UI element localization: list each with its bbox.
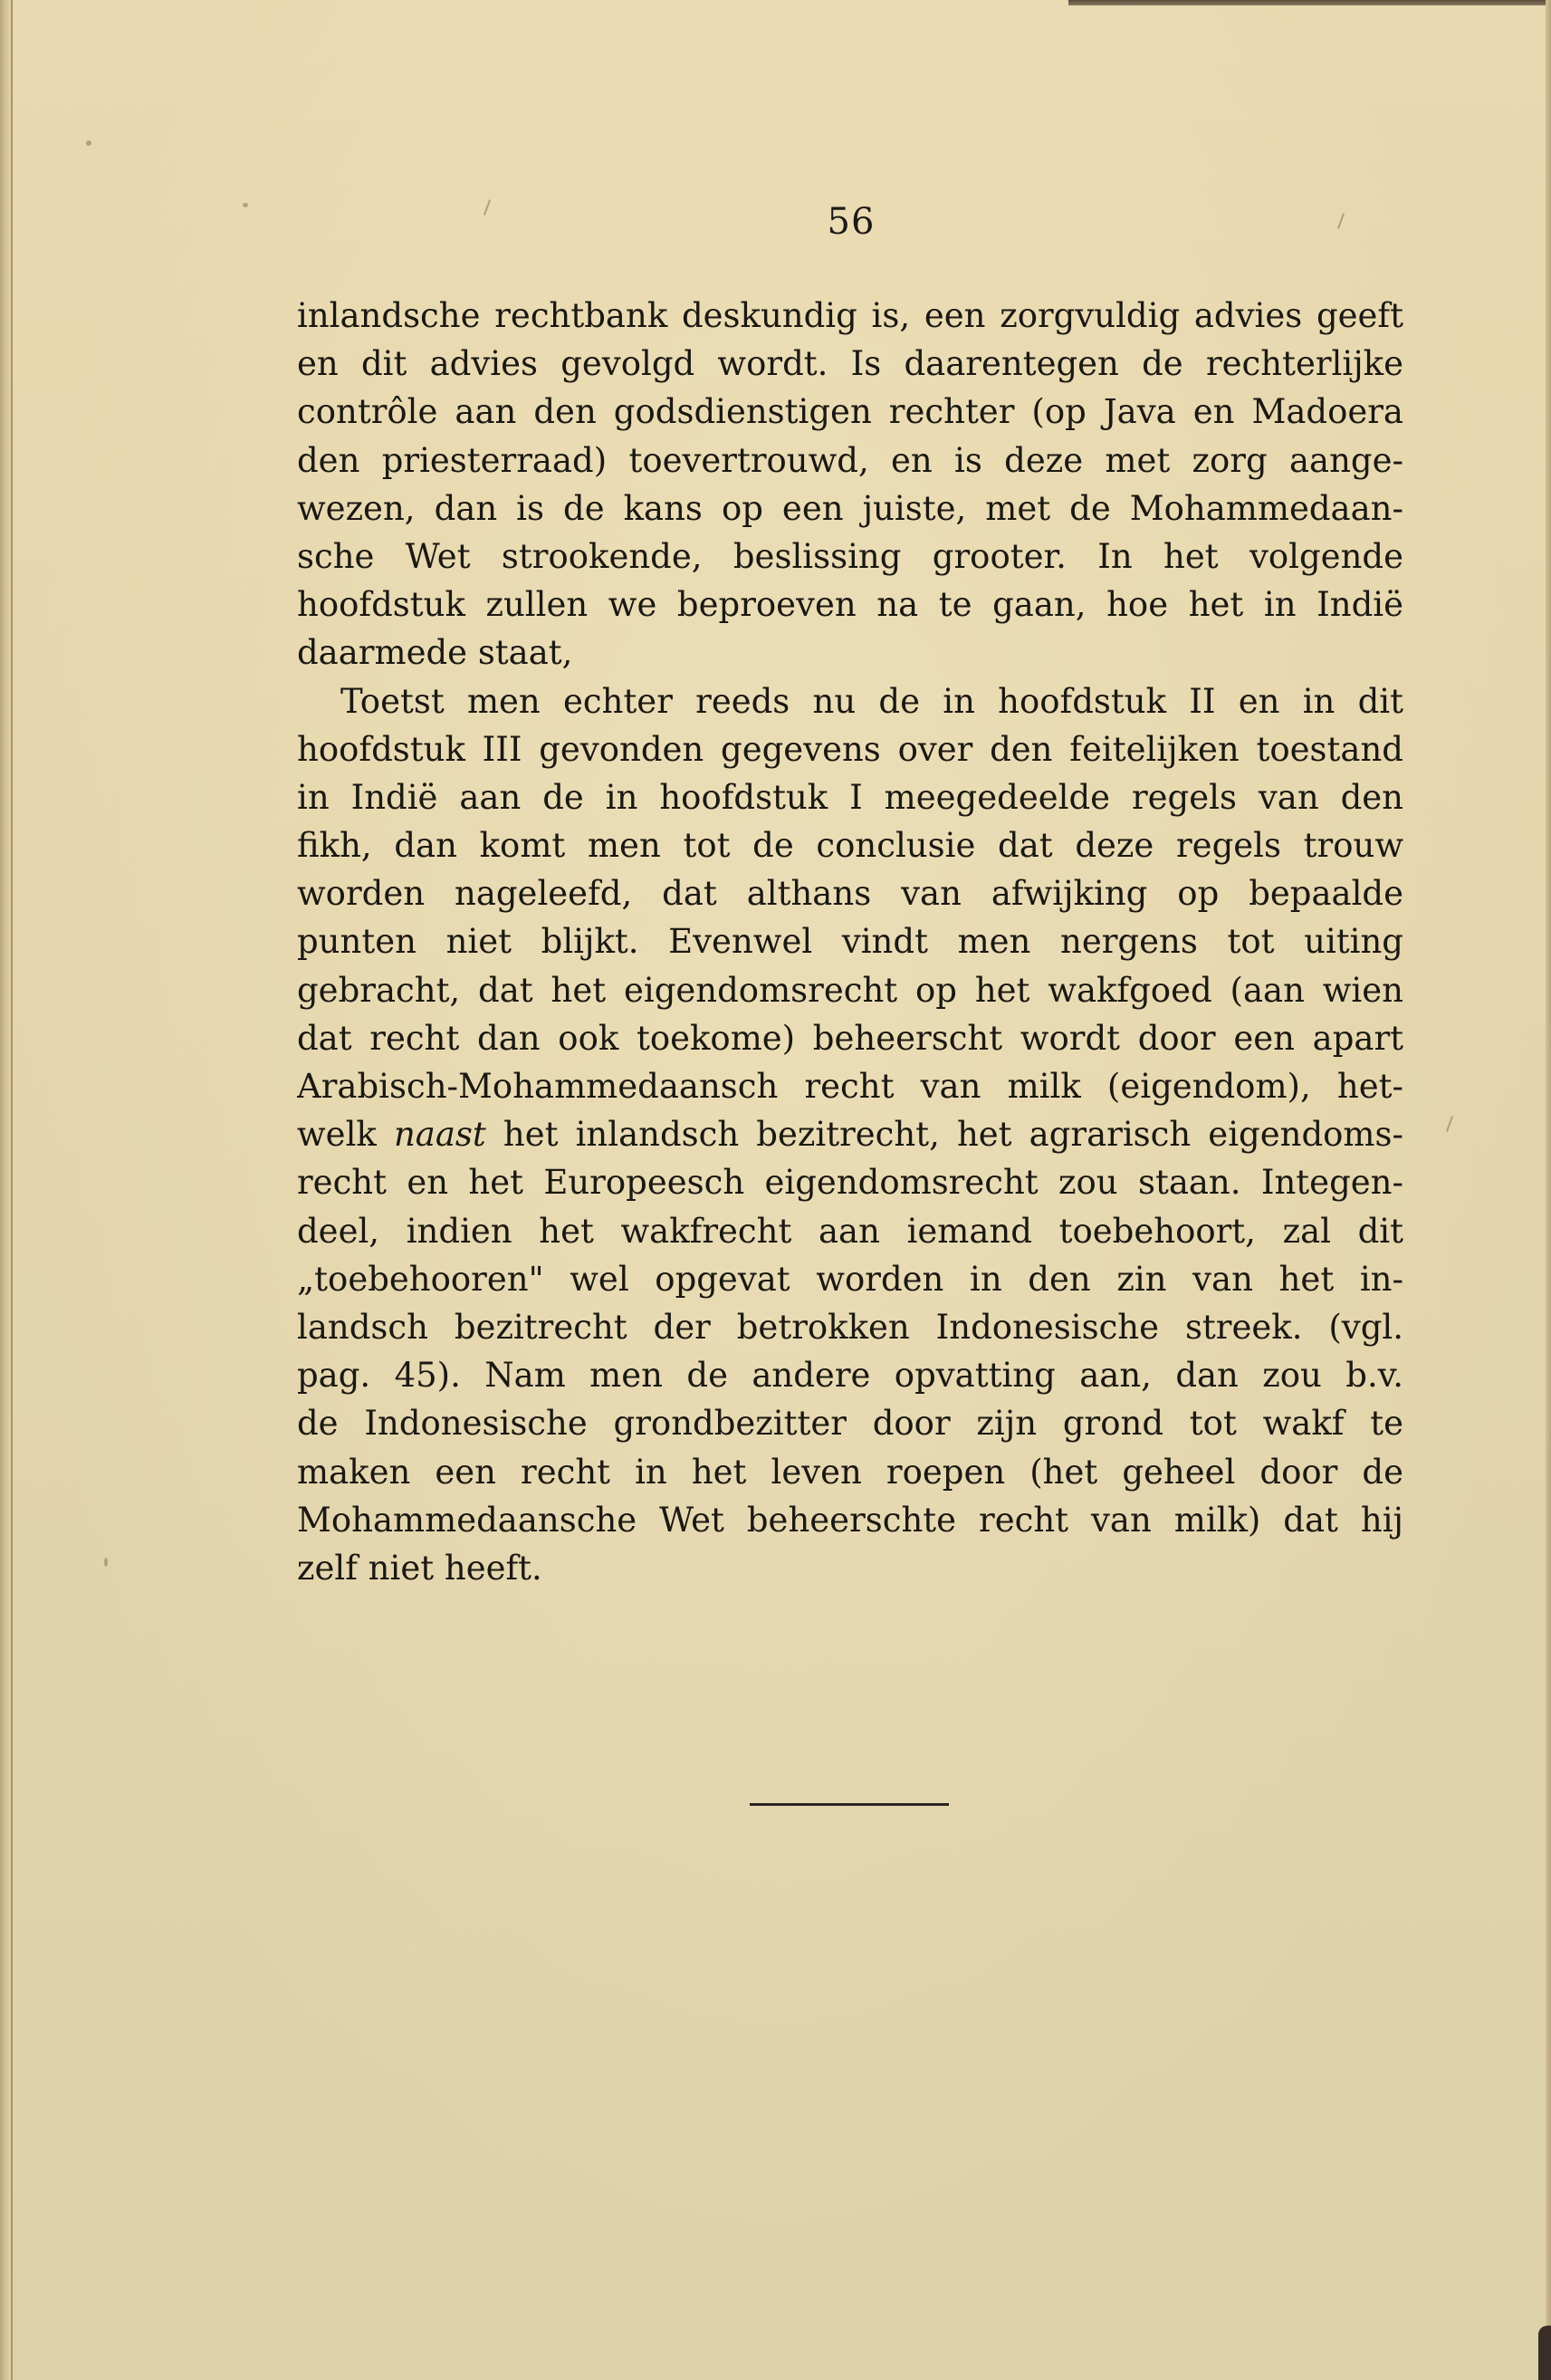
text-line: worden nageleefd, dat althans van afwijk…: [297, 869, 1403, 917]
text-line: deel, indien het wakfrecht aan iemand to…: [297, 1207, 1403, 1255]
text-line-with-italic: welk naast het inlandsch bezitrecht, het…: [297, 1110, 1403, 1158]
paragraph-2: Toetst men echter reeds nu de in hoofdst…: [297, 677, 1403, 1593]
text-line: in Indië aan de in hoofdstuk I meegedeel…: [297, 773, 1403, 821]
text-line: hoofdstuk III gevonden gegevens over den…: [297, 725, 1403, 773]
text-line: gebracht, dat het eigendomsrecht op het …: [297, 966, 1403, 1014]
page-number: 56: [815, 201, 887, 243]
text-line: landsch bezitrecht der betrokken Indones…: [297, 1303, 1403, 1351]
paragraph-1: inlandsche rechtbank deskundig is, een z…: [297, 292, 1403, 677]
text-line: Toetst men echter reeds nu de in hoofdst…: [297, 677, 1403, 725]
paper-mark: [1337, 213, 1345, 229]
paper-mark: [483, 199, 491, 216]
text-line: wezen, dan is de kans op een juiste, met…: [297, 485, 1403, 533]
text-line: de Indonesische grondbezitter door zijn …: [297, 1399, 1403, 1447]
body-text: inlandsche rechtbank deskundig is, een z…: [297, 292, 1403, 1592]
page-right-edge: [1546, 0, 1551, 2380]
text-line: den priesterraad) toevertrouwd, en is de…: [297, 437, 1403, 485]
page-corner-shadow: [1538, 2326, 1551, 2380]
text-line: punten niet blijkt. Evenwel vindt men ne…: [297, 917, 1403, 965]
text-fragment: het inlandsch bezitrecht, het agrarisch …: [486, 1115, 1403, 1154]
text-line: contrôle aan den godsdienstigen rechter …: [297, 388, 1403, 436]
book-page: 56 inlandsche rechtbank deskundig is, ee…: [0, 0, 1551, 2380]
text-fragment: welk: [297, 1115, 394, 1154]
text-line: „toebehooren" wel opgevat worden in den …: [297, 1255, 1403, 1303]
italic-emphasis: naast: [394, 1115, 486, 1154]
text-line: dat recht dan ook toekome) beheerscht wo…: [297, 1014, 1403, 1062]
text-line: fikh, dan komt men tot de conclusie dat …: [297, 821, 1403, 869]
text-line: en dit advies gevolgd wordt. Is daarente…: [297, 340, 1403, 388]
end-of-chapter-rule: [750, 1803, 949, 1806]
text-line: hoofdstuk zullen we beproeven na te gaan…: [297, 581, 1403, 629]
paper-speck: [104, 1558, 108, 1567]
paper-mark: [1446, 1116, 1453, 1132]
text-line: recht en het Europeesch eigendomsrecht z…: [297, 1158, 1403, 1206]
text-line: zelf niet heeft.: [297, 1544, 1403, 1592]
text-line: pag. 45). Nam men de andere opvatting aa…: [297, 1351, 1403, 1399]
paper-speck: [86, 140, 91, 146]
text-line: sche Wet strookende, beslissing grooter.…: [297, 533, 1403, 581]
page-binding-edge: [0, 0, 13, 2380]
text-line: Mohammedaansche Wet beheerschte recht va…: [297, 1496, 1403, 1544]
text-line: maken een recht in het leven roepen (het…: [297, 1448, 1403, 1496]
page-top-edge-shadow: [1068, 0, 1551, 5]
text-line: daarmede staat,: [297, 629, 1403, 677]
paper-speck: [243, 203, 248, 207]
text-line: Arabisch-Mohammedaansch recht van milk (…: [297, 1062, 1403, 1110]
text-line: inlandsche rechtbank deskundig is, een z…: [297, 292, 1403, 340]
